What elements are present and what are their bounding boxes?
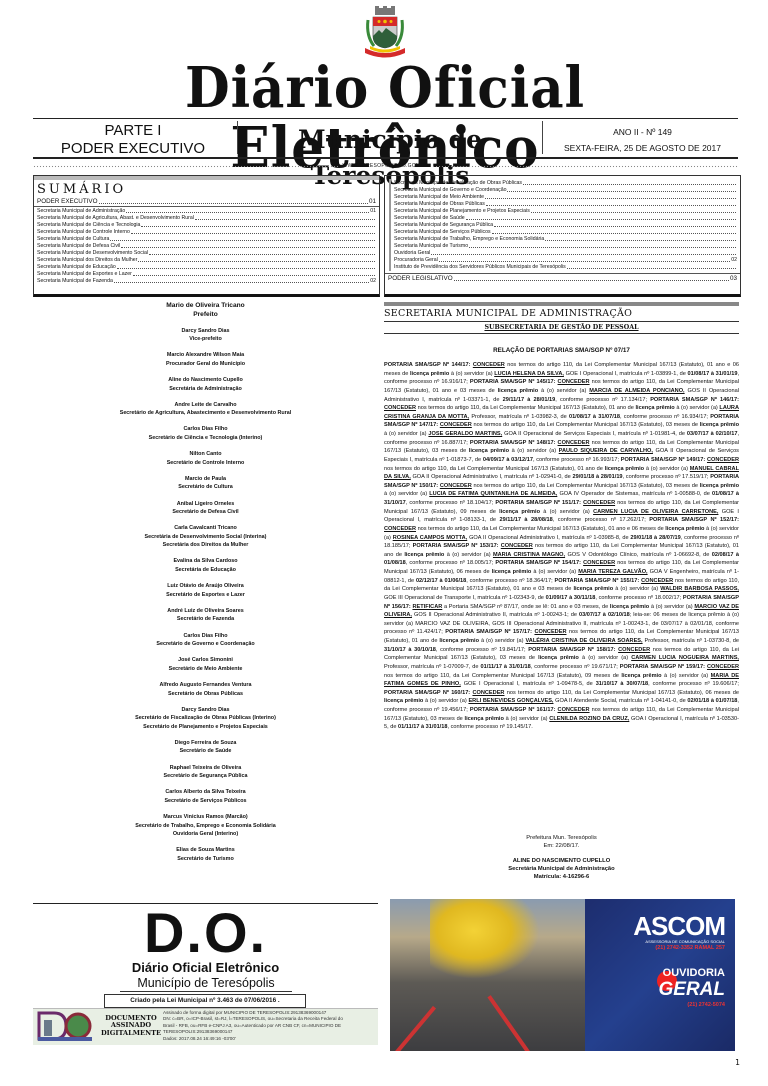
official-entry: Darcy Sandro DiasSecretário de Fiscaliza…: [33, 706, 378, 732]
municipal-crest-icon: [362, 6, 408, 62]
official-role: Secretário de Defesa Civil: [33, 508, 378, 517]
portaria-period: 29/01/18 à 28/01/19: [572, 474, 622, 480]
portaria-text: GOS II Operacional Administrativo II, ma…: [412, 612, 579, 618]
portaria-text: à (o) servidor (a): [444, 552, 493, 558]
summary-label: Procuradoria Geral: [394, 257, 438, 264]
servant-name: CARMEN LUCIA NOGUEIRA MARTINS,: [631, 655, 739, 661]
official-name: Carlos Dias Filho: [33, 425, 378, 434]
portaria-period: 01/08/17 à 31/01/19: [687, 371, 737, 377]
dotted-rule: [432, 165, 738, 168]
official-name: Luiz Otávio de Araújo Oliveira: [33, 582, 378, 591]
portaria-text: , conforme processo nº 19.606/17;: [648, 681, 739, 687]
summary-label: Secretaria Municipal de Administração: [37, 208, 125, 215]
official-name: Evalina da Silva Cardoso: [33, 557, 378, 566]
portaria-id: PORTARIA SMA/SGP Nº 148/17:: [470, 440, 556, 446]
portaria-action: CONCEDER: [558, 707, 590, 713]
portaria-action: CONCEDER: [558, 440, 590, 446]
portaria-text: GOE I Operacional I, matrícula nº 1-0389…: [564, 371, 688, 377]
summary-item[interactable]: Secretaria Municipal de Turismo: [391, 243, 740, 250]
leader-dots: [466, 215, 736, 220]
summary-box-left: SUMÁRIO PODER EXECUTIVO01 Secretaria Mun…: [33, 175, 380, 297]
edition-date: SEXTA-FEIRA, 25 DE AGOSTO DE 2017: [545, 140, 740, 156]
portaria-text: , conforme processo nº 16.934/17;: [620, 414, 710, 420]
official-entry: Nilton CantoSecretário de Controle Inter…: [33, 450, 378, 467]
portaria-text: à (o) servidor (a): [531, 569, 578, 575]
official-role: Secretário de Saúde: [33, 747, 378, 756]
servant-name: ROSINEA CAMPOS MOTTA,: [393, 535, 468, 541]
official-entry: Mario de Oliveira TricanoPrefeito: [33, 302, 378, 319]
yellow-tree: [430, 899, 540, 979]
portaria-id: PORTARIA SMA/SGP Nº 152/17:: [649, 517, 739, 523]
summary-item[interactable]: Secretaria Municipal de Governo e Coorde…: [391, 187, 740, 194]
official-role: Secretária dos Direitos da Mulher: [33, 541, 378, 550]
sign-place: Prefeitura Mun. Teresópolis: [384, 834, 739, 842]
official-role: Secretário de Segurança Pública: [33, 772, 378, 781]
official-entry: Anibal Ligeiro OrnelesSecretário de Defe…: [33, 500, 378, 517]
portaria-license: licença prêmio: [605, 466, 644, 472]
official-entry: Carlos Alberto da Silva TeixeiraSecretár…: [33, 788, 378, 805]
summary-item[interactable]: Secretaria Municipal dos Direitos da Mul…: [34, 257, 379, 264]
summary-page: 02: [370, 278, 376, 285]
summary-label: Secretaria Municipal de Trabalho, Empreg…: [394, 236, 544, 243]
signed-label-line: DIGITALMENTE: [96, 1030, 166, 1037]
official-entry: Elias de Souza MartinsSecretário de Turi…: [33, 846, 378, 863]
portaria-period: 31/10/17 à 30/10/18: [384, 647, 436, 653]
portaria-action: CONCEDER: [440, 422, 472, 428]
portaria-text: , conforme processo nº 18.002/17;: [595, 595, 683, 601]
summary-label: Secretaria Municipal de Esportes e Lazer: [37, 271, 132, 278]
portaria-action: CONCEDER: [472, 690, 504, 696]
portaria-id: PORTARIA SMA/SGP Nº 158/17:: [528, 647, 615, 653]
leader-dots: [114, 278, 369, 283]
portaria-text: à (o) servidor (a): [644, 466, 690, 472]
power-label: PODER EXECUTIVO: [33, 140, 233, 158]
official-name: Elias de Souza Martins: [33, 846, 378, 855]
section-title: SECRETARIA MUNICIPAL DE ADMINISTRAÇÃO: [384, 308, 739, 322]
portaria-action: CONCEDER: [384, 405, 416, 411]
portaria-text: à (o) servidor (a): [449, 371, 494, 377]
summary-item[interactable]: Secretaria Municipal de Defesa Civil: [34, 243, 379, 250]
portaria-action: CONCEDER: [473, 362, 505, 368]
official-role: Secretária de Administração: [33, 385, 378, 394]
portaria-text: nos termos do artigo 110, da Lei Complem…: [472, 422, 700, 428]
summary-label: Secretaria Municipal de Planejamento e P…: [394, 208, 530, 215]
portaria-action: CONCEDER: [501, 543, 533, 549]
subsection-title: SUBSECRETARIA DE GESTÃO DE PESSOAL: [384, 322, 739, 334]
portaria-text: , conforme processo nº 17.134/17;: [555, 397, 650, 403]
leader-dots: [126, 208, 369, 213]
leader-dots: [133, 271, 375, 276]
servant-name: CARMEN LUCIA DE OLIVEIRA CARRETONE,: [593, 509, 718, 515]
official-role: Secretário de Governo e Coordenação: [33, 640, 378, 649]
portaria-license: licença prêmio: [469, 448, 509, 454]
portaria-license: licença prêmio: [573, 586, 613, 592]
official-role: Secretário de Trabalho, Emprego e Econom…: [33, 822, 378, 831]
servant-name: MARIA CRISTINA MAGNO,: [493, 552, 565, 558]
sign-registration: Matrícula: 4-16296-6: [384, 873, 739, 881]
portaria-id: PORTARIA SMA/SGP Nº 151/17:: [495, 500, 581, 506]
official-name: Carlos Dias Filho: [33, 632, 378, 641]
portaria-text: nos termos do artigo 110, da Lei Complem…: [416, 405, 635, 411]
portaria-license: licença prêmio: [665, 526, 704, 532]
portaria-text: , conforme processo nº 19.671/17;: [531, 664, 620, 670]
list-title: RELAÇÃO DE PORTARIAS SMA/SGP Nº 07/17: [384, 347, 739, 354]
summary-item[interactable]: Secretaria Municipal de Fazenda02: [34, 278, 379, 285]
portaria-id: PORTARIA SMA/SGP Nº 160/17:: [384, 690, 470, 696]
signed-label: DOCUMENTO ASSINADO DIGITALMENTE: [96, 1015, 166, 1037]
official-name: Darcy Sandro Dias: [33, 327, 378, 336]
servant-name: MARCIA DE ALMEIDA PONCIANO,: [589, 388, 684, 394]
portaria-period: 01/11/17 à 31/01/18: [480, 664, 530, 670]
summary-label: Secretaria Municipal de Meio Ambiente: [394, 194, 484, 201]
portaria-id: PORTARIA SMA/SGP Nº 153/17:: [413, 543, 499, 549]
header-part: PARTE I PODER EXECUTIVO: [33, 122, 233, 158]
official-entry: Raphael Teixeira de OliveiraSecretário d…: [33, 764, 378, 781]
official-name: Diego Ferreira de Souza: [33, 739, 378, 748]
portaria-action: CONCEDER: [707, 457, 739, 463]
summary-item[interactable]: Secretaria Municipal de Ciência e Tecnol…: [34, 222, 379, 229]
portaria-license: licença prêmio: [465, 716, 504, 722]
portaria-text: Professor, matrícula nº 1-07009-7, de: [384, 664, 480, 670]
summary-label: PODER EXECUTIVO: [37, 197, 98, 206]
summary-box-right: Secretaria Municipal de Fiscalização de …: [384, 175, 741, 297]
do-title: Diário Oficial Eletrônico: [33, 960, 378, 975]
portaria-license: licença prêmio: [700, 483, 739, 489]
summary-label: Secretaria Municipal de Controle Interno: [37, 229, 130, 236]
summary-item[interactable]: Secretaria Municipal de Fiscalização de …: [391, 180, 740, 187]
portaria-text: nos termos do artigo 110, da Lei Complem…: [472, 483, 700, 489]
official-entry: Aline do Nascimento CupelloSecretária de…: [33, 376, 378, 393]
summary-label: Secretaria Municipal de Ciência e Tecnol…: [37, 222, 140, 229]
portaria-license: licença prêmio: [700, 422, 739, 428]
portaria-period: 29/01/18 à 28/07/19: [630, 535, 680, 541]
portaria-text: , conforme processo nº 19.841/17;: [436, 647, 528, 653]
official-role: Secretária de Desenvolvimento Social (In…: [33, 533, 378, 542]
portaria-license: licença prêmio: [410, 371, 449, 377]
street-photo: [390, 899, 600, 1051]
leader-dots: [494, 222, 736, 227]
road-stripe: [487, 995, 536, 1051]
portaria-action: CONCEDER: [440, 483, 472, 489]
official-role: Procurador Geral do Município: [33, 360, 378, 369]
official-name: Marcio de Paula: [33, 475, 378, 484]
official-entry: Alfredo Augusto Fernandes VenturaSecretá…: [33, 681, 378, 698]
portaria-text: à (o) servidor (a): [384, 491, 429, 497]
official-name: Mario de Oliveira Tricano: [33, 302, 378, 311]
summary-label: Secretaria Municipal de Fazenda: [37, 278, 113, 285]
portaria-action: CONCEDER: [384, 526, 416, 532]
official-entry: Diego Ferreira de SouzaSecretário de Saú…: [33, 739, 378, 756]
part-label: PARTE I: [33, 122, 233, 140]
official-entry: André Luiz de Oliveira SoaresSecretário …: [33, 607, 378, 624]
ouvidoria-label: OUVIDORIA: [663, 967, 725, 979]
portaria-license: licença prêmio: [492, 569, 532, 575]
portarias-body: PORTARIA SMA/SGP Nº 144/17: CONCEDER nos…: [384, 361, 739, 732]
portaria-id: PORTARIA SMA/SGP Nº 157/17:: [445, 629, 532, 635]
summary-item[interactable]: Secretaria Municipal de Planejamento e P…: [391, 208, 740, 215]
official-entry: Marcus Vinicius Ramos (Marcão)Secretário…: [33, 813, 378, 839]
official-name: Andre Leite de Carvalho: [33, 401, 378, 410]
official-name: Aline do Nascimento Cupello: [33, 376, 378, 385]
official-name: Nilton Canto: [33, 450, 378, 459]
header-rule: [33, 118, 738, 119]
portaria-text: Professor, matrícula nº 1-03730-8, de: [643, 638, 739, 644]
signature-details: Assinado de forma digital por MUNICIPIO …: [163, 1010, 378, 1042]
summary-item[interactable]: Ouvidoria Geral: [391, 250, 740, 257]
official-role: Secretário de Turismo: [33, 855, 378, 864]
road-stripe: [390, 1006, 436, 1051]
servant-name: WALDIR BARBOSA PASSOS,: [660, 586, 739, 592]
portaria-text: à (o) servidor (a): [504, 716, 549, 722]
servant-name: PAULO SIQUEIRA DE CARVALHO,: [559, 448, 653, 454]
portaria-text: à (o) servidor (a): [662, 673, 711, 679]
portaria-action: CONCEDER: [583, 560, 615, 566]
summary-label: Secretaria Municipal de Desenvolvimento …: [37, 250, 148, 257]
official-name: Marcio Alexandre Wilson Maia: [33, 351, 378, 360]
sign-date: Em: 22/08/17.: [384, 842, 739, 850]
portaria-text: GOA II Operacional Administrativo I, mat…: [467, 535, 630, 541]
portaria-id: PORTARIA SMA/SGP Nº 149/17:: [621, 457, 706, 463]
section-bar: [384, 302, 739, 306]
summary-label: PODER LEGISLATIVO: [388, 274, 453, 283]
ouvidoria-phone: (21) 2742-5074: [687, 1002, 725, 1008]
portaria-text: à (o) servidor (a): [675, 405, 720, 411]
summary-page: 03: [730, 274, 737, 283]
summary-item[interactable]: Secretaria Municipal de Educação: [34, 264, 379, 271]
portaria-period: 04/09/17 à 03/12/17: [483, 457, 533, 463]
official-role: Ouvidoria Geral (Interino): [33, 830, 378, 839]
portaria-license: licença prêmio: [498, 388, 539, 394]
header-divider: [542, 121, 543, 154]
portaria-text: , conforme processo nº 19.145/17.: [447, 724, 532, 730]
portaria-text: , conforme processo nº 17.262/17;: [553, 517, 649, 523]
portaria-text: GOE III Operacional de Transporte I, mat…: [384, 595, 546, 601]
official-role: Vice-prefeito: [33, 335, 378, 344]
official-role: Secretário de Serviços Públicos: [33, 797, 378, 806]
summary-label: Secretaria Municipal dos Direitos da Mul…: [37, 257, 137, 264]
portaria-id: PORTARIA SMA/SGP Nº 146/17:: [650, 397, 739, 403]
portaria-period: 02/12/17 à 01/06/18: [416, 578, 466, 584]
portaria-text: nos termos do artigo 110, da Lei Complem…: [416, 526, 665, 532]
official-role: Secretário de Planejamento e Projetos Es…: [33, 723, 378, 732]
portaria-action: CONCEDER: [618, 647, 650, 653]
portaria-period: 03/07/17 à 02/10/17: [687, 431, 738, 437]
official-name: Darcy Sandro Dias: [33, 706, 378, 715]
leader-dots: [431, 250, 736, 255]
servant-name: JOSE GERALDO MARTINS,: [428, 431, 502, 437]
summary-item[interactable]: Secretaria Municipal de Desenvolvimento …: [34, 250, 379, 257]
portaria-license: licença prêmio: [621, 673, 661, 679]
leader-dots: [492, 229, 736, 234]
summary-title: SUMÁRIO: [34, 180, 379, 197]
summary-executive[interactable]: PODER EXECUTIVO01: [34, 197, 379, 207]
summary-label: Secretaria Municipal de Obras Públicas: [394, 201, 485, 208]
summary-label: Secretaria Municipal de Segurança Públic…: [394, 222, 493, 229]
sign-role: Secretária Municipal de Administração: [384, 865, 739, 873]
portaria-period: 29/11/17 à 28/08/18: [500, 517, 553, 523]
official-name: Anibal Ligeiro Orneles: [33, 500, 378, 509]
summary-item[interactable]: Secretaria Municipal de Saúde: [391, 215, 740, 222]
geral-label: GERAL: [659, 979, 726, 1001]
leader-dots: [141, 222, 375, 227]
portaria-text: , conforme processo nº 16.993/17;: [533, 457, 621, 463]
official-name: Carla Cavalcanti Tricano: [33, 524, 378, 533]
official-role: Secretário de Fazenda: [33, 615, 378, 624]
official-role: Secretário de Controle Interno: [33, 459, 378, 468]
portaria-text: GOA II Operacional Administrativo I, mat…: [411, 474, 573, 480]
official-entry: José Carlos SimoniniSecretário de Meio A…: [33, 656, 378, 673]
do-seal-icon: [36, 1010, 94, 1042]
portaria-license: licença prêmio: [538, 655, 579, 661]
ascom-phone: (21) 2742-3352 RAMAL 257: [655, 945, 725, 951]
leader-dots: [454, 274, 729, 281]
official-entry: Andre Leite de CarvalhoSecretário de Agr…: [33, 401, 378, 418]
site-url[interactable]: WWW.TERESOPOLIS.RJ.GOV.BR: [339, 163, 433, 169]
portaria-action: CONCEDER: [641, 578, 673, 584]
official-role: Secretário de Fiscalização de Obras Públ…: [33, 714, 378, 723]
portaria-license: licença prêmio: [636, 405, 675, 411]
servant-name: LUCIA HELENA DA SILVA,: [494, 371, 564, 377]
summary-label: Secretaria Municipal de Agricultura, Aba…: [37, 215, 194, 222]
official-name: José Carlos Simonini: [33, 656, 378, 665]
summary-item[interactable]: Secretaria Municipal de Meio Ambiente: [391, 194, 740, 201]
portaria-license: licença prêmio: [610, 604, 649, 610]
ascom-subtitle: ASSESSORIA DE COMUNICAÇÃO SOCIAL: [645, 939, 725, 944]
official-entry: Luiz Otávio de Araújo OliveiraSecretário…: [33, 582, 378, 599]
portaria-text: à (o) servidor (a): [509, 448, 559, 454]
edition-number: ANO II - Nº 149: [545, 124, 740, 140]
leader-dots: [485, 194, 736, 199]
portaria-id: PORTARIA SMA/SGP Nº 154/17:: [495, 560, 581, 566]
portaria-text: Professor, matrícula nº 1-03982-3, de: [469, 414, 569, 420]
portaria-license: licença prêmio: [404, 552, 444, 558]
leader-dots: [523, 180, 736, 185]
official-entry: Marcio Alexandre Wilson MaiaProcurador G…: [33, 351, 378, 368]
portaria-id: PORTARIA SMA/SGP Nº 144/17:: [384, 362, 470, 368]
official-entry: Marcio de PaulaSecretário de Cultura: [33, 475, 378, 492]
portaria-id: PORTARIA SMA/SGP Nº 159/17:: [620, 664, 705, 670]
summary-legislative[interactable]: PODER LEGISLATIVO03: [385, 273, 740, 283]
portaria-text: a Portaria SMA/SGP nº 87/17, onde se lê:…: [442, 604, 610, 610]
official-entry: Carlos Dias FilhoSecretário de Ciência e…: [33, 425, 378, 442]
portaria-id: PORTARIA SMA/SGP Nº 155/17:: [554, 578, 639, 584]
summary-label: Secretaria Municipal de Educação: [37, 264, 116, 271]
portaria-period: 01/08/17 à 31/07/18: [569, 414, 620, 420]
summary-item[interactable]: Secretaria Municipal de Administração01: [34, 208, 379, 215]
leader-dots: [545, 236, 736, 241]
summary-item[interactable]: Instituto de Previdência dos Servidores …: [391, 264, 740, 271]
official-role: Secretária de Educação: [33, 566, 378, 575]
portaria-text: GOE I Operacional I, matrícula nº 1-0947…: [461, 681, 596, 687]
portaria-period: 29/11/17 à 28/01/19: [503, 397, 556, 403]
portaria-text: GOA II Atendente Social, matrícula nº 1-…: [553, 698, 687, 704]
portaria-id: PORTARIA SMA/SGP Nº 161/17:: [470, 707, 556, 713]
portaria-text: à (o) servidor (a): [423, 698, 468, 704]
summary-item[interactable]: Secretaria Municipal de Trabalho, Empreg…: [391, 236, 740, 243]
summary-item[interactable]: Procuradoria Geral02: [391, 257, 740, 264]
portaria-license: licença prêmio: [384, 698, 423, 704]
servant-name: LUCIA DE FATIMA QUINTANILHA DE ALMEIDA,: [429, 491, 557, 497]
summary-item[interactable]: Secretaria Municipal de Obras Públicas: [391, 201, 740, 208]
summary-item[interactable]: Secretaria Municipal de Esportes e Lazer: [34, 271, 379, 278]
ascom-ouvidoria-banner[interactable]: ASCOM ASSESSORIA DE COMUNICAÇÃO SOCIAL (…: [390, 899, 735, 1051]
header-divider: [237, 121, 238, 154]
summary-page: 01: [369, 197, 376, 206]
header-edition: ANO II - Nº 149 SEXTA-FEIRA, 25 DE AGOST…: [545, 124, 740, 156]
portaria-text: à (o) servidor (a): [540, 509, 593, 515]
summary-item[interactable]: Secretaria Municipal de Cultura: [34, 236, 379, 243]
summary-label: Secretaria Municipal de Turismo: [394, 243, 468, 250]
leader-dots: [131, 229, 375, 234]
portaria-action: CONCEDER: [707, 664, 739, 670]
official-entry: Carlos Dias FilhoSecretário de Governo e…: [33, 632, 378, 649]
official-role: Secretário de Cultura: [33, 483, 378, 492]
signature-block: Prefeitura Mun. Teresópolis Em: 22/08/17…: [384, 834, 739, 881]
portaria-period: 31/10/17 à 30/07/18: [596, 681, 648, 687]
leader-dots: [117, 264, 375, 269]
summary-list-right: Secretaria Municipal de Fiscalização de …: [389, 179, 740, 271]
portaria-text: à (o) servidor (a): [649, 604, 694, 610]
servant-name: MARIA TEREZA GALVÃO,: [578, 569, 647, 575]
summary-item[interactable]: Secretaria Municipal de Agricultura, Aba…: [34, 215, 379, 222]
leader-dots: [149, 250, 375, 255]
leader-dots: [121, 243, 375, 248]
summary-item[interactable]: Secretaria Municipal de Serviços Público…: [391, 229, 740, 236]
servant-name: CLENILDA ROZINO DA CRUZ,: [549, 716, 629, 722]
official-entry: Evalina da Silva CardosoSecretária de Ed…: [33, 557, 378, 574]
summary-label: Secretaria Municipal de Fiscalização de …: [394, 180, 522, 187]
servant-name: ERLI BENEVIDES GONÇALVES,: [468, 698, 553, 704]
portaria-text: GOA II Operacional de Serviços Especiais…: [502, 431, 687, 437]
leader-dots: [469, 243, 736, 248]
portaria-period: 02/01/18 à 01/07/18: [687, 698, 737, 704]
summary-label: Secretaria Municipal de Saúde: [394, 215, 465, 222]
portaria-period: 01/09/17 à 30/11/18: [546, 595, 596, 601]
servant-name: VALÉRIA CRISTINA DE OLIVEIRA SOARES,: [525, 638, 642, 644]
summary-page: 01: [370, 208, 376, 215]
signature-line: Dados: 2017.08.24 16:49:16 -03'00': [163, 1036, 378, 1042]
official-name: Carlos Alberto da Silva Teixeira: [33, 788, 378, 797]
summary-label: Secretaria Municipal de Cultura: [37, 236, 109, 243]
portaria-text: , conforme processo nº 17.519/17;: [623, 474, 711, 480]
do-logo-text: D.O.: [33, 904, 378, 962]
summary-item[interactable]: Secretaria Municipal de Segurança Públic…: [391, 222, 740, 229]
summary-item[interactable]: Secretaria Municipal de Controle Interno: [34, 229, 379, 236]
leader-dots: [531, 208, 736, 213]
official-role: Secretário de Agricultura, Abastecimento…: [33, 409, 378, 418]
portaria-text: à (o) servidor (a): [613, 586, 660, 592]
portaria-text: GOS V Odontólogo Clínico, matrícula nº 1…: [565, 552, 712, 558]
portaria-text: à (o) servidor (a): [384, 431, 428, 437]
portaria-text: , conforme processo nº 18.104/17;: [406, 500, 496, 506]
portaria-period: 03/07/17 à 02/10/18: [579, 612, 630, 618]
official-role: Secretário de Obras Públicas: [33, 690, 378, 699]
official-entry: Darcy Sandro DiasVice-prefeito: [33, 327, 378, 344]
portaria-text: GOA IV Operador de Sistemas, matrícula n…: [557, 491, 712, 497]
summary-label: Secretaria Municipal de Governo e Coorde…: [394, 187, 506, 194]
do-subtitle: Município de Teresópolis: [120, 976, 292, 992]
official-name: André Luiz de Oliveira Soares: [33, 607, 378, 616]
ascom-logo: ASCOM: [633, 911, 725, 942]
header-rule: [33, 157, 738, 159]
leader-dots: [195, 215, 375, 220]
page-number: 1: [735, 1058, 740, 1067]
portaria-action: CONCEDER: [583, 500, 615, 506]
official-role: Secretário de Esportes e Lazer: [33, 591, 378, 600]
official-name: Raphael Teixeira de Oliveira: [33, 764, 378, 773]
do-law-box: Criado pela Lei Municipal nº 3.463 de 07…: [104, 994, 306, 1008]
portaria-text: à (o) servidor (a): [479, 638, 525, 644]
